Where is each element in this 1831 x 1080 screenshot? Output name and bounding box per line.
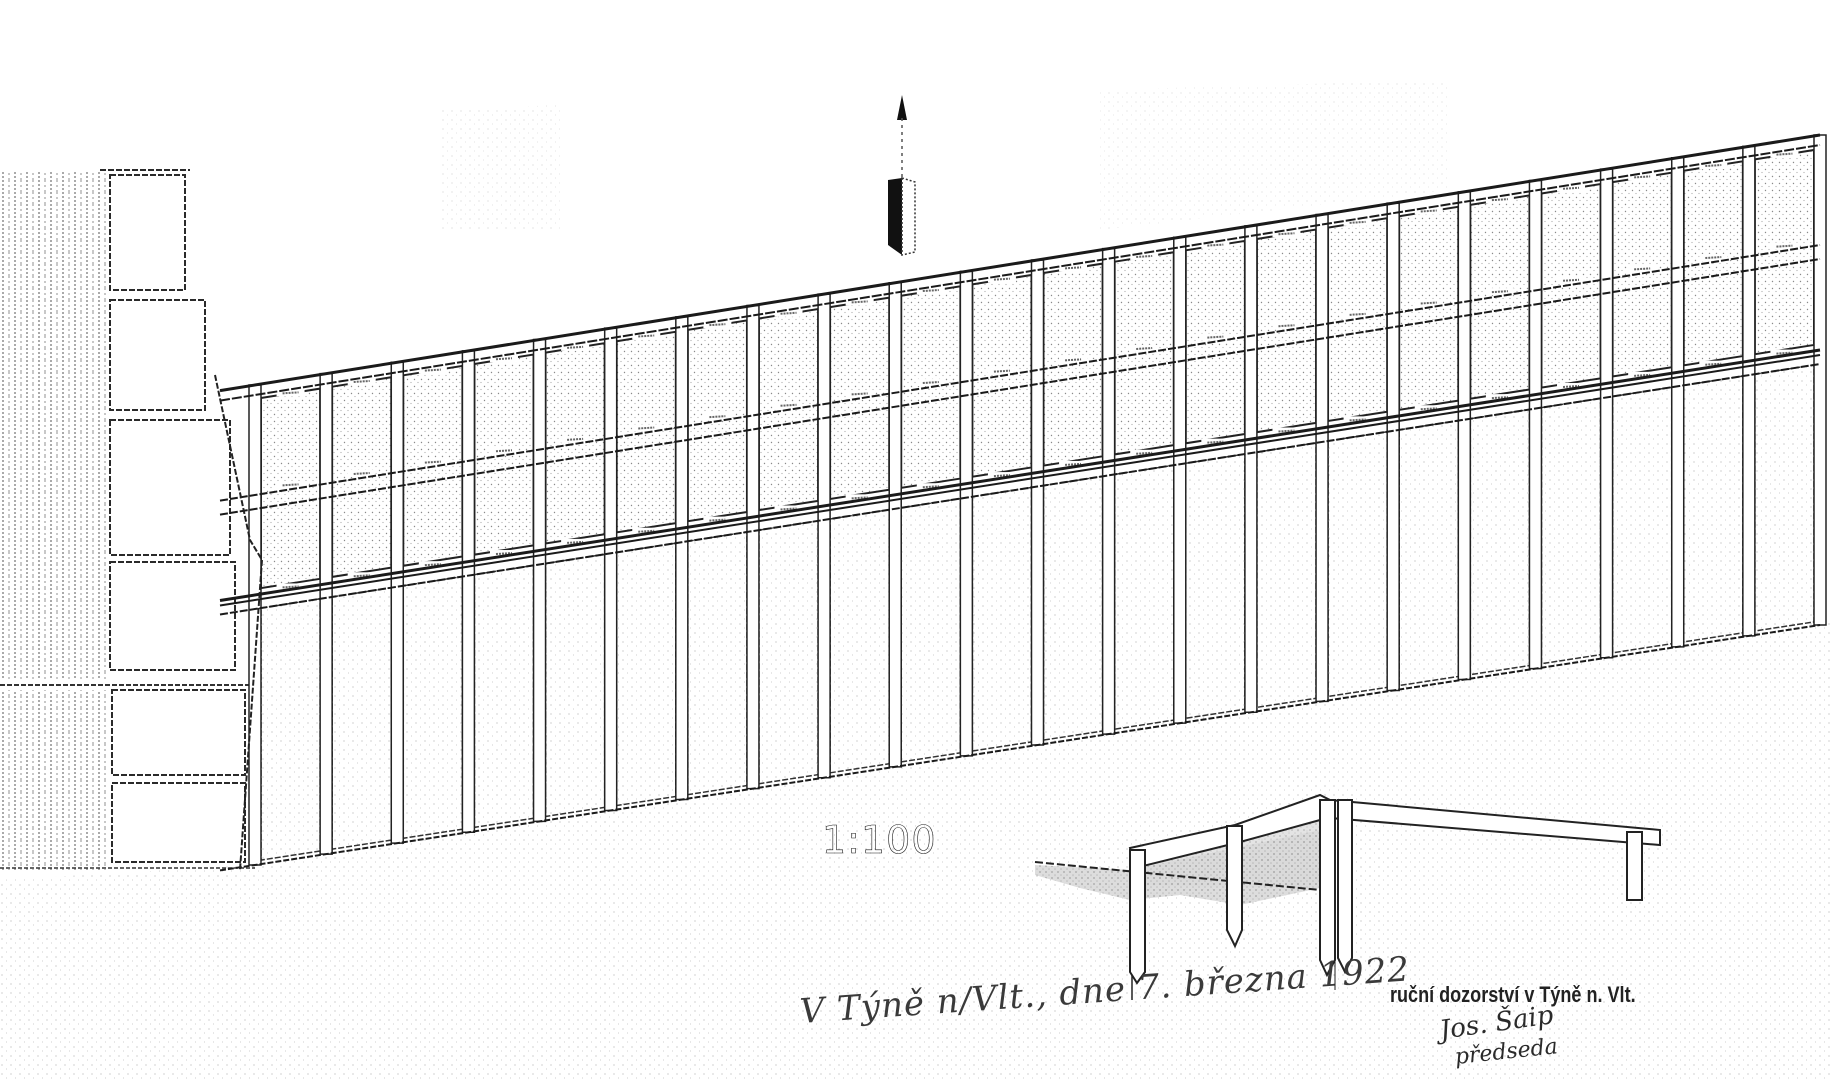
scale-label: 1:100 <box>822 818 937 862</box>
north-arrow-icon <box>888 95 915 255</box>
abutment-blocks <box>100 170 245 862</box>
authority-stamp: ruční dozorství v Týně n. Vlt. <box>1390 982 1636 1008</box>
drawing-sheet: 1:100 V Týně n/Vlt., dne 7. března 1922 … <box>0 0 1831 1080</box>
plan-drawing <box>0 0 1831 1080</box>
left-abutment <box>0 170 255 870</box>
